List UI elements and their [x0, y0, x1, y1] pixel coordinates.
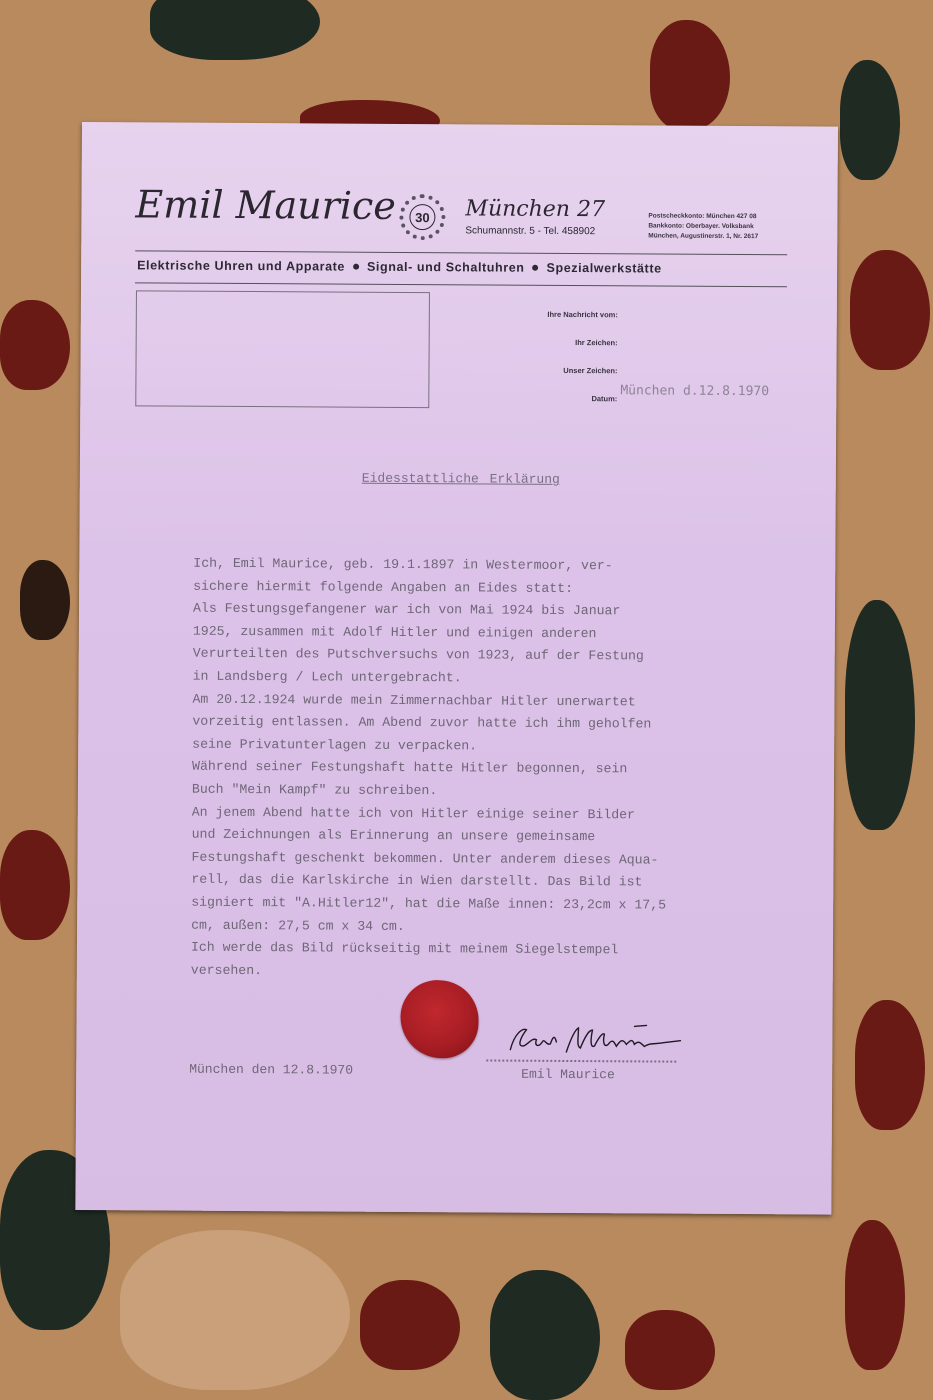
signatory-name: Emil Maurice: [521, 1067, 615, 1083]
body-line: Ich, Emil Maurice, geb. 19.1.1897 in Wes…: [193, 553, 773, 579]
letter-paper: Emil Maurice 30 München 27 Schumannstr. …: [75, 122, 838, 1215]
bank-details: Postscheckkonto: München 427 08 Bankkont…: [648, 211, 758, 242]
ref-label-unser-zeichen: Unser Zeichen:: [480, 365, 617, 394]
laurel-wreath-icon: 30: [399, 194, 445, 240]
signature-line: [486, 1059, 676, 1062]
letterhead-rule-top: [135, 250, 787, 255]
tagline-item: Spezialwerkstätte: [547, 261, 662, 276]
body-line: signiert mit "A.Hitler12", hat die Maße …: [191, 892, 771, 918]
reference-labels: Ihre Nachricht vom: Ihr Zeichen: Unser Z…: [480, 309, 618, 422]
bank-line: München, Augustinerstr. 1, Nr. 2617: [648, 231, 758, 242]
letterhead-city: München 27: [465, 196, 605, 222]
letterhead-tagline: Elektrische Uhren und Apparate Signal- u…: [137, 258, 787, 276]
letterhead-rule-bottom: [135, 282, 787, 287]
handwritten-signature: [504, 1020, 694, 1061]
ref-label-ihre-nachricht: Ihre Nachricht vom:: [481, 309, 618, 338]
wax-seal: [400, 980, 478, 1058]
body-line: vorzeitig entlassen. Am Abend zuvor hatt…: [192, 711, 772, 737]
bullet-icon: [353, 264, 359, 270]
body-line: versehen.: [191, 959, 771, 985]
bullet-icon: [533, 265, 539, 271]
company-logo-name: Emil Maurice: [135, 182, 396, 228]
document-body: Ich, Emil Maurice, geb. 19.1.1897 in Wes…: [191, 553, 774, 986]
body-line: und Zeichnungen als Erinnerung an unsere…: [192, 824, 772, 850]
body-line: Ich werde das Bild rückseitig mit meinem…: [191, 937, 771, 963]
ref-label-datum: Datum:: [480, 393, 617, 422]
tagline-item: Elektrische Uhren und Apparate: [137, 258, 345, 273]
datum-value: München d.12.8.1970: [620, 383, 769, 399]
emblem-number: 30: [409, 204, 435, 230]
body-line: Als Festungsgefangener war ich von Mai 1…: [193, 598, 773, 624]
body-line: in Landsberg / Lech untergebracht.: [193, 666, 773, 692]
ref-label-ihr-zeichen: Ihr Zeichen:: [481, 337, 618, 366]
recipient-address-box: [135, 290, 430, 408]
bank-line: Bankkonto: Oberbayer. Volksbank: [648, 221, 758, 232]
place-and-date: München den 12.8.1970: [189, 1062, 353, 1078]
bank-line: Postscheckkonto: München 427 08: [648, 211, 758, 222]
letterhead-address: Schumannstr. 5 - Tel. 458902: [465, 225, 595, 237]
document-title: Eidesstattliche Erklärung: [362, 471, 560, 487]
body-line: Buch "Mein Kampf" zu schreiben.: [192, 779, 772, 805]
tagline-item: Signal- und Schaltuhren: [367, 260, 525, 275]
